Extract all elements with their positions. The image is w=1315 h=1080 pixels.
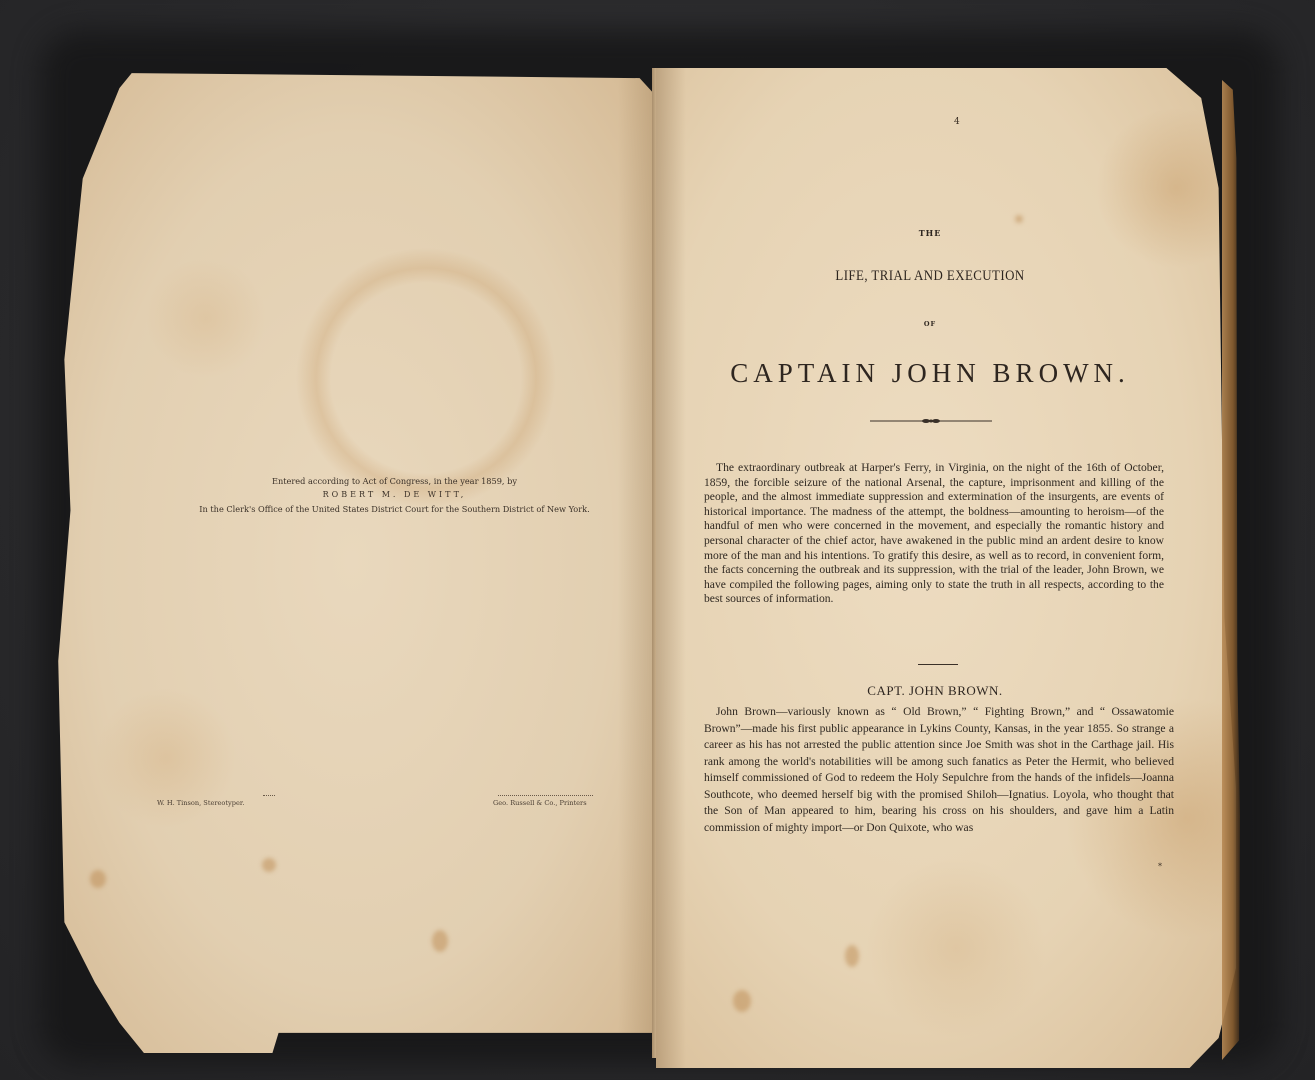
ornamental-rule-icon: [870, 418, 992, 424]
foxing-stain: [1015, 215, 1023, 223]
title-subtitle: LIFE, TRIAL AND EXECUTION: [724, 268, 1137, 285]
title-of: OF: [690, 320, 1170, 328]
stereotyper-imprint: W. H. Tinson, Stereotyper.: [157, 799, 244, 807]
foxing-stain: [262, 858, 276, 872]
foxing-stain: [845, 945, 859, 967]
copyright-holder: ROBERT M. DE WITT,: [172, 488, 617, 502]
foxing-stain: [733, 990, 751, 1012]
copyright-line-3: In the Clerk's Office of the United Stat…: [172, 502, 617, 516]
body-paragraph: John Brown—variously known as “ Old Brow…: [704, 704, 1174, 836]
title-article: THE: [690, 228, 1170, 238]
signature-mark: *: [1158, 862, 1162, 871]
introduction-paragraph: The extraordinary outbreak at Harper's F…: [704, 461, 1164, 607]
left-page: [46, 58, 658, 1063]
imprint-ornament: [263, 795, 275, 797]
section-heading: CAPT. JOHN BROWN.: [690, 683, 1180, 699]
imprint-ornament: [498, 795, 593, 797]
foxing-stain: [432, 930, 448, 952]
copyright-notice: Entered according to Act of Congress, in…: [172, 474, 617, 516]
section-rule: [918, 664, 958, 665]
copyright-line-1: Entered according to Act of Congress, in…: [172, 474, 617, 488]
page-title: CAPTAIN JOHN BROWN.: [690, 358, 1170, 389]
foxing-stain: [90, 870, 106, 888]
printer-imprint: Geo. Russell & Co., Printers: [493, 799, 587, 807]
page-folio: 4: [954, 117, 960, 127]
